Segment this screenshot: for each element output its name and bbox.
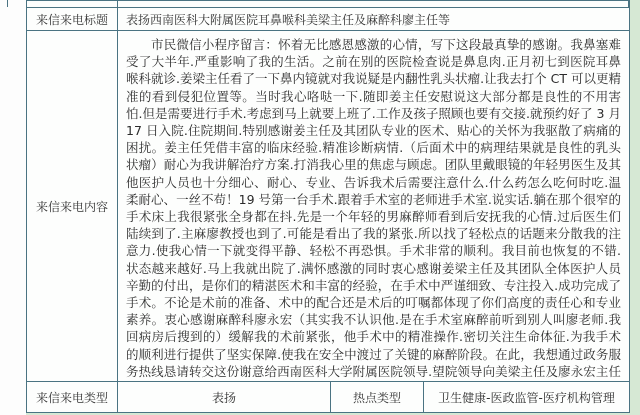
title-row: 来信来电标题 表扬西南医科大附属医院耳鼻喉科美梁主任及麻醉科廖主任等 [27,8,629,31]
type-row-label: 来信来电类型 [27,382,118,412]
clipped-top-row [27,1,629,8]
hot-type-value: 卫生健康-医政监管-医疗机构管理 [424,382,629,412]
title-row-value: 表扬西南医科大附属医院耳鼻喉科美梁主任及麻醉科廖主任等 [118,8,629,30]
clipped-top-label-cell [27,1,118,7]
type-row: 来信来电类型 表扬 热点类型 卫生健康-医政监管-医疗机构管理 [27,382,629,412]
title-row-label: 来信来电标题 [27,8,118,30]
clipped-top-value-cell [118,1,629,7]
page-left-margin [0,0,26,415]
content-row-label: 来信来电内容 [27,31,118,381]
letter-content-text: 市民微信小程序留言：怀着无比感恩感激的心情，写下这段最真挚的感谢。我鼻塞难受了大… [126,36,621,381]
hot-type-label: 热点类型 [331,382,424,412]
type-row-value: 表扬 [118,382,331,412]
clipped-table-edge [7,0,8,7]
content-row-value: 市民微信小程序留言：怀着无比感恩感激的心情，写下这段最真挚的感谢。我鼻塞难受了大… [118,31,629,381]
letter-record-table: 来信来电标题 表扬西南医科大附属医院耳鼻喉科美梁主任及麻醉科廖主任等 来信来电内… [26,0,630,413]
content-row: 来信来电内容 市民微信小程序留言：怀着无比感恩感激的心情，写下这段最真挚的感谢。… [27,31,629,382]
